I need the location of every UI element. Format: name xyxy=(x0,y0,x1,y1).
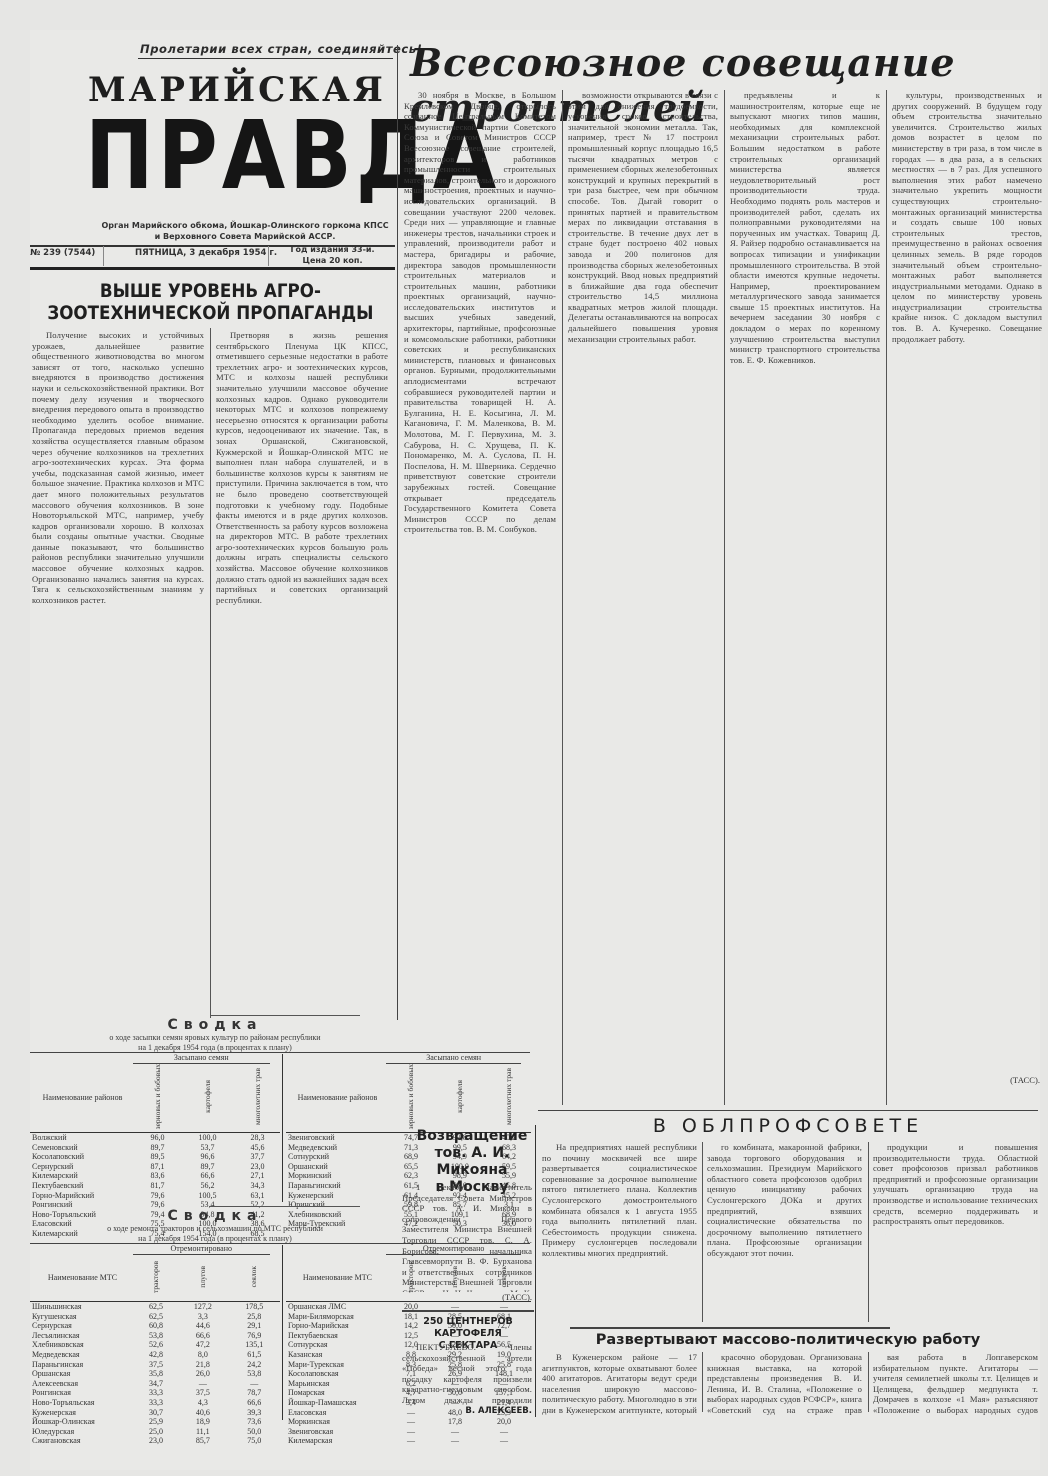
row-value: 20,0 xyxy=(477,1417,531,1427)
row-value: 81,7 xyxy=(135,1181,180,1191)
row-value: 25,9 xyxy=(135,1417,177,1427)
row-value: — xyxy=(477,1427,531,1437)
razvertyvayut-column-1: В Куженерском районе — 17 агитпунктов, к… xyxy=(542,1352,697,1417)
potato-body: ПЕКТУБАЕВО. Члены сельскохозяйственной а… xyxy=(402,1342,532,1407)
group-header: Отремонтировано xyxy=(133,1244,271,1255)
row-value: 17,8 xyxy=(433,1417,477,1427)
svodka-repair-subtitle: о ходе ремонта тракторов и сельхозмашин … xyxy=(30,1224,400,1244)
svodka-seeds-subtitle: о ходе засыпки семян яровых культур по р… xyxy=(30,1033,400,1053)
razvertyvayut-paragraph-1: В Куженерском районе — 17 агитпунктов, к… xyxy=(542,1352,697,1417)
row-value: 89,7 xyxy=(135,1143,180,1153)
row-value: 47,2 xyxy=(177,1340,228,1350)
potato-author: В. АЛЕКСЕЕВ. xyxy=(402,1406,532,1416)
row-value: — xyxy=(389,1427,433,1437)
row-value: 53,7 xyxy=(180,1143,235,1153)
oblprofsovet-paragraph-3: продукции и повышения производительности… xyxy=(873,1142,1038,1227)
lead-column-1: 30 ноября в Москве, в Большом Кремлевско… xyxy=(404,90,556,1020)
row-value: 62,5 xyxy=(135,1312,177,1322)
row-value: 34,7 xyxy=(135,1379,177,1389)
table-row: Медведевская42,88,061,5 xyxy=(30,1350,280,1360)
row-name: Медведевская xyxy=(30,1350,135,1360)
row-value: 25,0 xyxy=(135,1427,177,1437)
oblprofsovet-paragraph-1: На предприятиях нашей республики по почи… xyxy=(542,1142,697,1259)
row-name: Помарская xyxy=(286,1388,389,1398)
row-name: Хлебниковская xyxy=(30,1340,135,1350)
oblprofsovet-column-1: На предприятиях нашей республики по почи… xyxy=(542,1142,697,1317)
razvertyvayut-column-3: вая работа в Лопгаверском избирательном … xyxy=(873,1352,1038,1417)
row-name: Семеновский xyxy=(30,1143,135,1153)
razvertyvayut-paragraph-2: красочно оборудован. Организована книжна… xyxy=(707,1352,862,1417)
column-header-name: Наименование районов xyxy=(286,1064,389,1132)
column-header: зерновых и бобовых xyxy=(407,1064,415,1129)
mikoyan-body: 1 декабря Заместитель Председателя Совет… xyxy=(402,1182,532,1292)
row-name: Оршанский xyxy=(286,1162,389,1172)
svodka-seeds-subtitle-1: о ходе засыпки семян яровых культур по р… xyxy=(30,1033,400,1043)
masthead-organ: Орган Марийского обкома, Йошкар-Олинског… xyxy=(100,220,390,242)
agro-headline: ВЫШЕ УРОВЕНЬ АГРО-ЗООТЕХНИЧЕСКОЙ ПРОПАГА… xyxy=(30,280,391,324)
row-value: 66,6 xyxy=(177,1331,228,1341)
table-row: Килемарский83,666,627,1 xyxy=(30,1171,280,1181)
row-value: 89,5 xyxy=(135,1152,180,1162)
row-value: 40,6 xyxy=(177,1408,228,1418)
row-value: 63,1 xyxy=(235,1191,280,1201)
row-name: Ронгинская xyxy=(30,1388,135,1398)
oblprofsovet-column-2: го комбината, макаронной фабрики, завода… xyxy=(707,1142,862,1317)
column-header: картофеля xyxy=(456,1080,464,1113)
row-name: Медведевский xyxy=(286,1143,389,1153)
row-value: 37,5 xyxy=(135,1360,177,1370)
row-name: Косолаповский xyxy=(30,1152,135,1162)
group-header: Засыпано семян xyxy=(133,1053,271,1064)
group-header: Засыпано семян xyxy=(386,1053,521,1064)
mikoyan-headline-1: Возвращение xyxy=(408,1128,536,1145)
row-value: 4,3 xyxy=(177,1398,228,1408)
row-name: Сжигановская xyxy=(30,1436,135,1446)
row-name: Оршанская ЛМС xyxy=(286,1302,389,1312)
row-value: 52,6 xyxy=(135,1340,177,1350)
row-value: 66,6 xyxy=(229,1398,280,1408)
row-name: Йошкар-Олинская xyxy=(30,1417,135,1427)
agro-paragraph-2: Претворяя в жизнь решения сентябрьского … xyxy=(216,330,388,605)
row-value: — xyxy=(389,1417,433,1427)
lead-column-2: возможности открываются в связи с этим д… xyxy=(568,90,718,1090)
row-name: Куженерский xyxy=(286,1191,389,1201)
row-value: — xyxy=(433,1436,477,1446)
row-value: 28,3 xyxy=(235,1132,280,1142)
row-name: Сернурский xyxy=(30,1162,135,1172)
row-name: Кугушенская xyxy=(30,1312,135,1322)
row-value: 23,0 xyxy=(235,1162,280,1172)
mikoyan-source: (ТАСС). xyxy=(402,1292,532,1302)
row-value: 26,0 xyxy=(177,1369,228,1379)
row-value: 3,3 xyxy=(177,1312,228,1322)
row-value: 24,2 xyxy=(229,1360,280,1370)
row-value: 23,0 xyxy=(135,1436,177,1446)
row-name: Алексеевская xyxy=(30,1379,135,1389)
lead-source: (ТАСС). xyxy=(892,1075,1040,1085)
row-name: Килемарская xyxy=(286,1436,389,1446)
column-header: картофеля xyxy=(204,1080,212,1113)
row-value: 89,7 xyxy=(180,1162,235,1172)
row-value: 79,6 xyxy=(135,1191,180,1201)
row-value: 18,9 xyxy=(177,1417,228,1427)
agro-column-2: Претворяя в жизнь решения сентябрьского … xyxy=(216,330,388,1010)
row-name: Моркинский xyxy=(286,1171,389,1181)
row-value: 135,1 xyxy=(229,1340,280,1350)
table-row: Параньгинская37,521,824,2 xyxy=(30,1360,280,1370)
row-value: 37,7 xyxy=(235,1152,280,1162)
column-header: плугов xyxy=(199,1266,207,1288)
row-name: Куженерская xyxy=(30,1408,135,1418)
table-row: Шиньшинская62,5127,2178,5 xyxy=(30,1302,280,1312)
row-name: Шиньшинская xyxy=(30,1302,135,1312)
column-header: сеялок xyxy=(250,1266,258,1287)
row-name: Сотнурская xyxy=(286,1340,389,1350)
row-value: 39,3 xyxy=(229,1408,280,1418)
row-value: 178,5 xyxy=(229,1302,280,1312)
row-value: 96,6 xyxy=(180,1152,235,1162)
row-name: Еласовская xyxy=(286,1408,389,1418)
row-value: 45,6 xyxy=(235,1143,280,1153)
razvertyvayut-headline: Развертывают массово-политическую работу xyxy=(538,1332,1038,1348)
row-name: Пектубаевская xyxy=(286,1331,389,1341)
row-value: — xyxy=(389,1436,433,1446)
newspaper-page: Пролетарии всех стран, соединяйтесь! МАР… xyxy=(30,30,1040,1470)
row-value: 75,0 xyxy=(229,1436,280,1446)
row-value: 73,6 xyxy=(229,1417,280,1427)
lead-paragraph-2: возможности открываются в связи с этим д… xyxy=(568,90,718,344)
row-value: — xyxy=(177,1379,228,1389)
mikoyan-paragraph: 1 декабря Заместитель Председателя Совет… xyxy=(402,1182,532,1292)
table-row: Косолаповский89,596,637,7 xyxy=(30,1152,280,1162)
row-value: 30,7 xyxy=(135,1408,177,1418)
row-value: 35,8 xyxy=(135,1369,177,1379)
row-name: Килемарский xyxy=(30,1171,135,1181)
table-row: Ронгинская33,337,578,7 xyxy=(30,1388,280,1398)
row-value: 50,0 xyxy=(229,1427,280,1437)
row-name: Оршанская xyxy=(30,1369,135,1379)
row-value: 21,8 xyxy=(177,1360,228,1370)
table-row: Оршанская35,826,053,8 xyxy=(30,1369,280,1379)
publication-info: Год издания 33-й. Цена 20 коп. xyxy=(275,244,390,266)
slogan: Пролетарии всех стран, соединяйтесь! xyxy=(140,42,423,56)
row-name: Сотнурский xyxy=(286,1152,389,1162)
table-row: Йошкар-Олинская25,918,973,6 xyxy=(30,1417,280,1427)
row-name: Марьинская xyxy=(286,1379,389,1389)
organ-line-2: и Верховного Совета Марийской АССР. xyxy=(100,231,390,242)
row-value: — xyxy=(433,1427,477,1437)
price: Цена 20 коп. xyxy=(275,255,390,266)
row-value: 8,0 xyxy=(177,1350,228,1360)
svodka-table: Наименование МТСтракторовплуговсеялокШин… xyxy=(30,1255,280,1446)
column-header: многолетних трав xyxy=(505,1068,513,1125)
mikoyan-headline-2: тов. А. И. Микояна xyxy=(408,1145,536,1179)
row-name: Лесъялинская xyxy=(30,1331,135,1341)
svodka-repair-title: Сводка xyxy=(30,1208,400,1224)
row-value: 85,7 xyxy=(177,1436,228,1446)
row-value: 76,9 xyxy=(229,1331,280,1341)
agro-column-1: Получение высоких и устойчивых урожаев, … xyxy=(32,330,204,1010)
row-value: — xyxy=(477,1436,531,1446)
column-header-name: Наименование МТС xyxy=(286,1255,389,1302)
table-row: Алексеевская34,7—— xyxy=(30,1379,280,1389)
table-row: Звениговская——— xyxy=(286,1427,531,1437)
table-row: Юледурская25,011,150,0 xyxy=(30,1427,280,1437)
row-name: Казанская xyxy=(286,1350,389,1360)
table-row: Ново-Торъяльская33,34,366,6 xyxy=(30,1398,280,1408)
row-value: 53,8 xyxy=(229,1369,280,1379)
table-row: Горно-Марийский79,6100,563,1 xyxy=(30,1191,280,1201)
row-name: Пектубаевский xyxy=(30,1181,135,1191)
row-name: Моркинская xyxy=(286,1417,389,1427)
row-name: Йошкар-Памашская xyxy=(286,1398,389,1408)
row-name: Юледурская xyxy=(30,1427,135,1437)
row-value: 37,5 xyxy=(177,1388,228,1398)
row-name: Ново-Торъяльская xyxy=(30,1398,135,1408)
row-value: 29,1 xyxy=(229,1321,280,1331)
potato-paragraph: ПЕКТУБАЕВО. Члены сельскохозяйственной а… xyxy=(402,1342,532,1407)
table-row: Лесъялинская53,866,676,9 xyxy=(30,1331,280,1341)
row-name: Косолаповская xyxy=(286,1369,389,1379)
row-name: Мари-Турекская xyxy=(286,1360,389,1370)
oblprofsovet-column-3: продукции и повышения производительности… xyxy=(873,1142,1038,1317)
table-row: Сернурский87,189,723,0 xyxy=(30,1162,280,1172)
row-value: 96,0 xyxy=(135,1132,180,1142)
row-name: Параньгинский xyxy=(286,1181,389,1191)
table-row: Сернурская60,844,629,1 xyxy=(30,1321,280,1331)
row-value: 34,3 xyxy=(235,1181,280,1191)
table-row: Моркинская—17,820,0 xyxy=(286,1417,531,1427)
razvertyvayut-paragraph-3: вая работа в Лопгаверском избирательном … xyxy=(873,1352,1038,1417)
row-value: 62,5 xyxy=(135,1302,177,1312)
table-row: Пектубаевский81,756,234,3 xyxy=(30,1181,280,1191)
column-header: многолетних трав xyxy=(254,1068,262,1125)
row-name: Волжский xyxy=(30,1132,135,1142)
table-row: Хлебниковская52,647,2135,1 xyxy=(30,1340,280,1350)
lead-paragraph-1: 30 ноября в Москве, в Большом Кремлевско… xyxy=(404,90,556,535)
row-name: Звениговская xyxy=(286,1427,389,1437)
issue-date: ПЯТНИЦА, 3 декабря 1954 г. xyxy=(135,248,277,258)
row-value: 42,8 xyxy=(135,1350,177,1360)
oblprofsovet-paragraph-2: го комбината, макаронной фабрики, завода… xyxy=(707,1142,862,1259)
table-row: Семеновский89,753,745,6 xyxy=(30,1143,280,1153)
row-name: Звениговский xyxy=(286,1132,389,1142)
row-name: Мари-Биляморская xyxy=(286,1312,389,1322)
row-value: 27,1 xyxy=(235,1171,280,1181)
lead-column-3: предъявлены и к машиностроителям, которы… xyxy=(730,90,880,1090)
row-value: 25,8 xyxy=(229,1312,280,1322)
potato-headline-1: 250 ЦЕНТНЕРОВ КАРТОФЕЛЯ xyxy=(402,1316,534,1340)
lead-paragraph-3: предъявлены и к машиностроителям, которы… xyxy=(730,90,880,365)
year-of-publication: Год издания 33-й. xyxy=(275,244,390,255)
row-value: 33,3 xyxy=(135,1388,177,1398)
row-value: 56,2 xyxy=(180,1181,235,1191)
row-value: — xyxy=(229,1379,280,1389)
razvertyvayut-column-2: красочно оборудован. Организована книжна… xyxy=(707,1352,862,1417)
row-value: 11,1 xyxy=(177,1427,228,1437)
table-row: Кугушенская62,53,325,8 xyxy=(30,1312,280,1322)
row-name: Сернурская xyxy=(30,1321,135,1331)
row-name: Горно-Марийский xyxy=(30,1191,135,1201)
row-value: 60,8 xyxy=(135,1321,177,1331)
column-header-name: Наименование МТС xyxy=(30,1255,135,1302)
svodka-seeds-title: Сводка xyxy=(30,1017,400,1033)
organ-line-1: Орган Марийского обкома, Йошкар-Олинског… xyxy=(100,220,390,231)
row-value: 127,2 xyxy=(177,1302,228,1312)
column-header: зерновых и бобовых xyxy=(154,1064,162,1129)
row-value: 33,3 xyxy=(135,1398,177,1408)
table-row: Килемарская——— xyxy=(286,1436,531,1446)
lead-paragraph-4: культуры, производственных и других соор… xyxy=(892,90,1042,344)
row-value: 66,6 xyxy=(180,1171,235,1181)
row-value: 61,5 xyxy=(229,1350,280,1360)
agro-paragraph-1: Получение высоких и устойчивых урожаев, … xyxy=(32,330,204,605)
oblprofsovet-headline: В ОБЛПРОФСОВЕТЕ xyxy=(538,1115,1038,1137)
table-row: Куженерская30,740,639,3 xyxy=(30,1408,280,1418)
row-value: 87,1 xyxy=(135,1162,180,1172)
lead-column-4: культуры, производственных и других соор… xyxy=(892,90,1042,1065)
row-value: 78,7 xyxy=(229,1388,280,1398)
row-value: 83,6 xyxy=(135,1171,180,1181)
table-row: Волжский96,0100,028,3 xyxy=(30,1132,280,1142)
row-value: 100,5 xyxy=(180,1191,235,1201)
column-header-name: Наименование районов xyxy=(30,1064,135,1132)
row-name: Параньгинская xyxy=(30,1360,135,1370)
svodka-repair-subtitle-1: о ходе ремонта тракторов и сельхозмашин … xyxy=(30,1224,400,1234)
issue-number: № 239 (7544) xyxy=(30,248,95,258)
row-value: 53,8 xyxy=(135,1331,177,1341)
row-value: 100,0 xyxy=(180,1132,235,1142)
svodka-repair-table-left: ОтремонтированоНаименование МТСтракторов… xyxy=(30,1245,280,1446)
column-header: тракторов xyxy=(152,1261,160,1293)
row-value: 44,6 xyxy=(177,1321,228,1331)
table-row: Сжигановская23,085,775,0 xyxy=(30,1436,280,1446)
row-name: Горно-Марийская xyxy=(286,1321,389,1331)
